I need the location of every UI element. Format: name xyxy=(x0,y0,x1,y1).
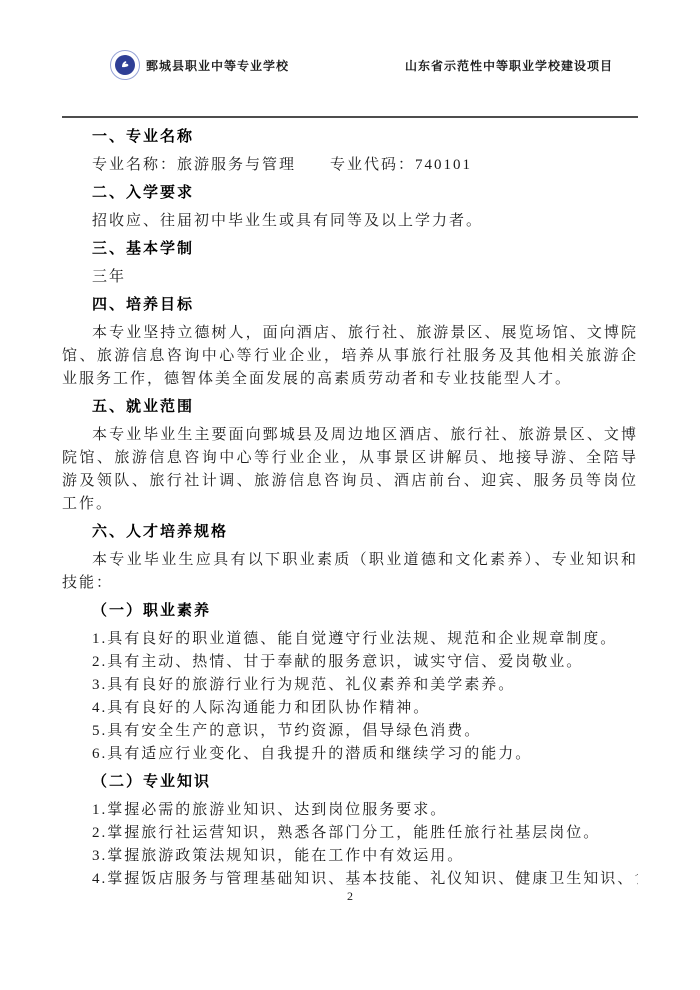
section-3-heading: 三、基本学制 xyxy=(62,238,638,261)
subsection-2-item-1: 1.掌握必需的旅游业知识、达到岗位服务要求。 xyxy=(62,799,638,822)
section-1-heading: 一、专业名称 xyxy=(62,126,638,149)
header-divider xyxy=(62,116,638,118)
header-project-name: 山东省示范性中等职业学校建设项目 xyxy=(405,57,613,74)
subsection-2-item-2: 2.掌握旅行社运营知识，熟悉各部门分工，能胜任旅行社基层岗位。 xyxy=(62,822,638,845)
page-number: 2 xyxy=(347,889,353,903)
subsection-1-item-6: 6.具有适应行业变化、自我提升的潜质和继续学习的能力。 xyxy=(62,743,638,766)
section-4-body: 本专业坚持立德树人，面向酒店、旅行社、旅游景区、展览场馆、文博院馆、旅游信息咨询… xyxy=(62,322,638,391)
subsection-1-item-3: 3.具有良好的旅游行业行为规范、礼仪素养和美学素养。 xyxy=(62,674,638,697)
page-footer: 2 xyxy=(0,889,700,904)
header-left-group: 鄄城县职业中等专业学校 xyxy=(110,50,289,80)
section-3-body: 三年 xyxy=(62,266,638,289)
section-2-heading: 二、入学要求 xyxy=(62,182,638,205)
emblem-glyph xyxy=(118,58,132,72)
subsection-1-heading: （一）职业素养 xyxy=(62,600,638,623)
section-1-body: 专业名称：旅游服务与管理 专业代码：740101 xyxy=(62,154,638,177)
school-emblem-inner xyxy=(115,55,135,75)
section-6-body: 本专业毕业生应具有以下职业素质（职业道德和文化素养）、专业知识和技能： xyxy=(62,549,638,595)
subsection-2-item-3: 3.掌握旅游政策法规知识，能在工作中有效运用。 xyxy=(62,845,638,868)
section-5-body: 本专业毕业生主要面向鄄城县及周边地区酒店、旅行社、旅游景区、文博院馆、旅游信息咨… xyxy=(62,424,638,516)
section-2-body: 招收应、往届初中毕业生或具有同等及以上学力者。 xyxy=(62,210,638,233)
subsection-1-item-1: 1.具有良好的职业道德、能自觉遵守行业法规、规范和企业规章制度。 xyxy=(62,628,638,651)
school-emblem-icon xyxy=(110,50,140,80)
subsection-1-item-4: 4.具有良好的人际沟通能力和团队协作精神。 xyxy=(62,697,638,720)
subsection-2-item-4: 4.掌握饭店服务与管理基础知识、基本技能、礼仪知识、健康卫生知识、食 xyxy=(62,868,638,891)
section-4-heading: 四、培养目标 xyxy=(62,294,638,317)
header-school-name: 鄄城县职业中等专业学校 xyxy=(146,57,289,74)
document-body: 一、专业名称 专业名称：旅游服务与管理 专业代码：740101 二、入学要求 招… xyxy=(62,126,638,891)
section-6-heading: 六、人才培养规格 xyxy=(62,521,638,544)
document-page: 鄄城县职业中等专业学校 山东省示范性中等职业学校建设项目 一、专业名称 专业名称… xyxy=(0,0,700,990)
section-5-heading: 五、就业范围 xyxy=(62,396,638,419)
subsection-1-item-5: 5.具有安全生产的意识，节约资源，倡导绿色消费。 xyxy=(62,720,638,743)
subsection-1-item-2: 2.具有主动、热情、甘于奉献的服务意识，诚实守信、爱岗敬业。 xyxy=(62,651,638,674)
subsection-2-heading: （二）专业知识 xyxy=(62,771,638,794)
page-header: 鄄城县职业中等专业学校 山东省示范性中等职业学校建设项目 xyxy=(62,48,638,82)
